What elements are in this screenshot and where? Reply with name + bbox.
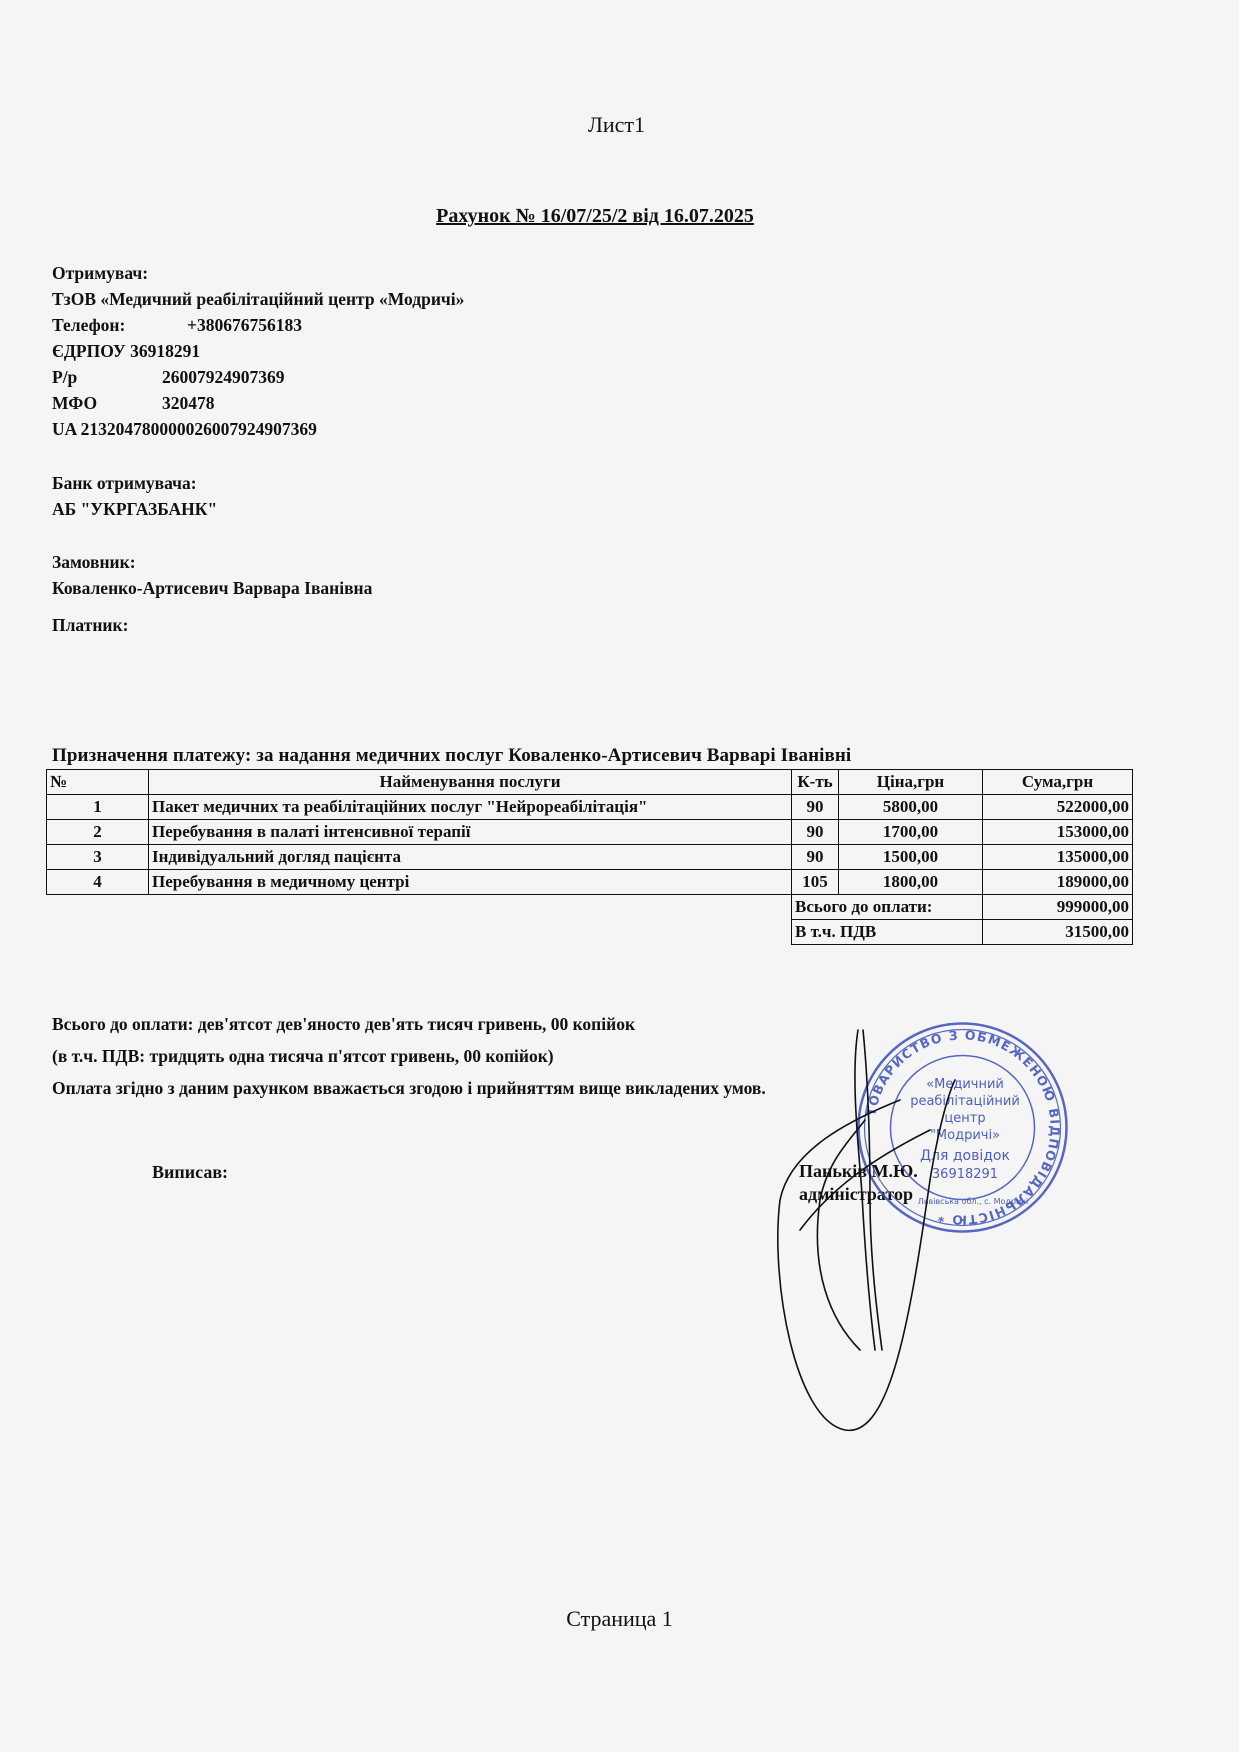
table-row: 4 Перебування в медичному центрі 105 180…	[47, 870, 1133, 895]
row-price: 1800,00	[839, 870, 983, 895]
invoice-title: Рахунок № 16/07/25/2 від 16.07.2025	[0, 205, 1190, 228]
edrpou-value: 36918291	[130, 341, 200, 361]
payer-heading: Платник:	[52, 612, 128, 638]
table-row: 3 Індивідуальний догляд пацієнта 90 1500…	[47, 845, 1133, 870]
payer-block: Платник:	[52, 612, 128, 638]
recipient-account-row: Р/р26007924907369	[52, 364, 464, 390]
table-row: 1 Пакет медичних та реабілітаційних посл…	[47, 795, 1133, 820]
page-footer: Страница 1	[0, 1606, 1239, 1632]
row-name: Перебування в медичному центрі	[149, 870, 792, 895]
bank-name: АБ "УКРГАЗБАНК"	[52, 496, 217, 522]
row-price: 5800,00	[839, 795, 983, 820]
recipient-iban: UA 213204780000026007924907369	[52, 416, 464, 442]
header-price: Ціна,грн	[839, 770, 983, 795]
issued-by-label: Виписав:	[152, 1162, 228, 1183]
account-label: Р/р	[52, 364, 162, 390]
amount-in-words: Всього до оплати: дев'ятсот дев'яносто д…	[52, 1008, 766, 1104]
vat-in-words: (в т.ч. ПДВ: тридцять одна тисяча п'ятсо…	[52, 1040, 766, 1072]
payment-purpose: Призначення платежу: за надання медичних…	[52, 745, 851, 767]
table-row: 2 Перебування в палаті інтенсивної терап…	[47, 820, 1133, 845]
row-sum: 153000,00	[983, 820, 1133, 845]
total-label: Всього до оплати:	[792, 895, 983, 920]
row-qty: 90	[792, 795, 839, 820]
customer-heading: Замовник:	[52, 549, 372, 575]
recipient-edrpou-row: ЄДРПОУ 36918291	[52, 338, 464, 364]
recipient-block: Отримувач: ТзОВ «Медичний реабілітаційни…	[52, 260, 464, 442]
customer-block: Замовник: Коваленко-Артисевич Варвара Ів…	[52, 549, 372, 601]
row-num: 3	[47, 845, 149, 870]
phone-label: Телефон:	[52, 312, 187, 338]
phone-value: +380676756183	[187, 315, 302, 335]
row-name: Пакет медичних та реабілітаційних послуг…	[149, 795, 792, 820]
payment-terms: Оплата згідно з даним рахунком вважаєтьс…	[52, 1072, 766, 1104]
header-num: №	[47, 770, 149, 795]
spacer-cell	[149, 920, 792, 945]
table-header-row: № Найменування послуги К-ть Ціна,грн Сум…	[47, 770, 1133, 795]
total-in-words: Всього до оплати: дев'ятсот дев'яносто д…	[52, 1008, 766, 1040]
header-qty: К-ть	[792, 770, 839, 795]
spacer-cell	[47, 895, 149, 920]
recipient-name: ТзОВ «Медичний реабілітаційний центр «Мо…	[52, 286, 464, 312]
table-vat-row: В т.ч. ПДВ 31500,00	[47, 920, 1133, 945]
row-name: Індивідуальний догляд пацієнта	[149, 845, 792, 870]
row-sum: 189000,00	[983, 870, 1133, 895]
header-sum: Сума,грн	[983, 770, 1133, 795]
recipient-phone-row: Телефон:+380676756183	[52, 312, 464, 338]
edrpou-label: ЄДРПОУ	[52, 341, 126, 361]
services-table: № Найменування послуги К-ть Ціна,грн Сум…	[46, 769, 1133, 945]
row-price: 1700,00	[839, 820, 983, 845]
row-sum: 522000,00	[983, 795, 1133, 820]
recipient-mfo-row: МФО320478	[52, 390, 464, 416]
mfo-label: МФО	[52, 390, 162, 416]
handwritten-signature-icon	[770, 1020, 970, 1450]
account-value: 26007924907369	[162, 367, 285, 387]
vat-label: В т.ч. ПДВ	[792, 920, 983, 945]
sheet-title: Лист1	[0, 112, 1239, 138]
bank-heading: Банк отримувача:	[52, 470, 217, 496]
spacer-cell	[149, 895, 792, 920]
row-num: 2	[47, 820, 149, 845]
row-qty: 90	[792, 820, 839, 845]
row-num: 4	[47, 870, 149, 895]
row-sum: 135000,00	[983, 845, 1133, 870]
recipient-heading: Отримувач:	[52, 260, 464, 286]
row-price: 1500,00	[839, 845, 983, 870]
total-value: 999000,00	[983, 895, 1133, 920]
spacer-cell	[47, 920, 149, 945]
table-total-row: Всього до оплати: 999000,00	[47, 895, 1133, 920]
customer-name: Коваленко-Артисевич Варвара Іванівна	[52, 575, 372, 601]
vat-value: 31500,00	[983, 920, 1133, 945]
header-name: Найменування послуги	[149, 770, 792, 795]
mfo-value: 320478	[162, 393, 215, 413]
row-qty: 105	[792, 870, 839, 895]
row-qty: 90	[792, 845, 839, 870]
bank-block: Банк отримувача: АБ "УКРГАЗБАНК"	[52, 470, 217, 522]
row-name: Перебування в палаті інтенсивної терапії	[149, 820, 792, 845]
row-num: 1	[47, 795, 149, 820]
